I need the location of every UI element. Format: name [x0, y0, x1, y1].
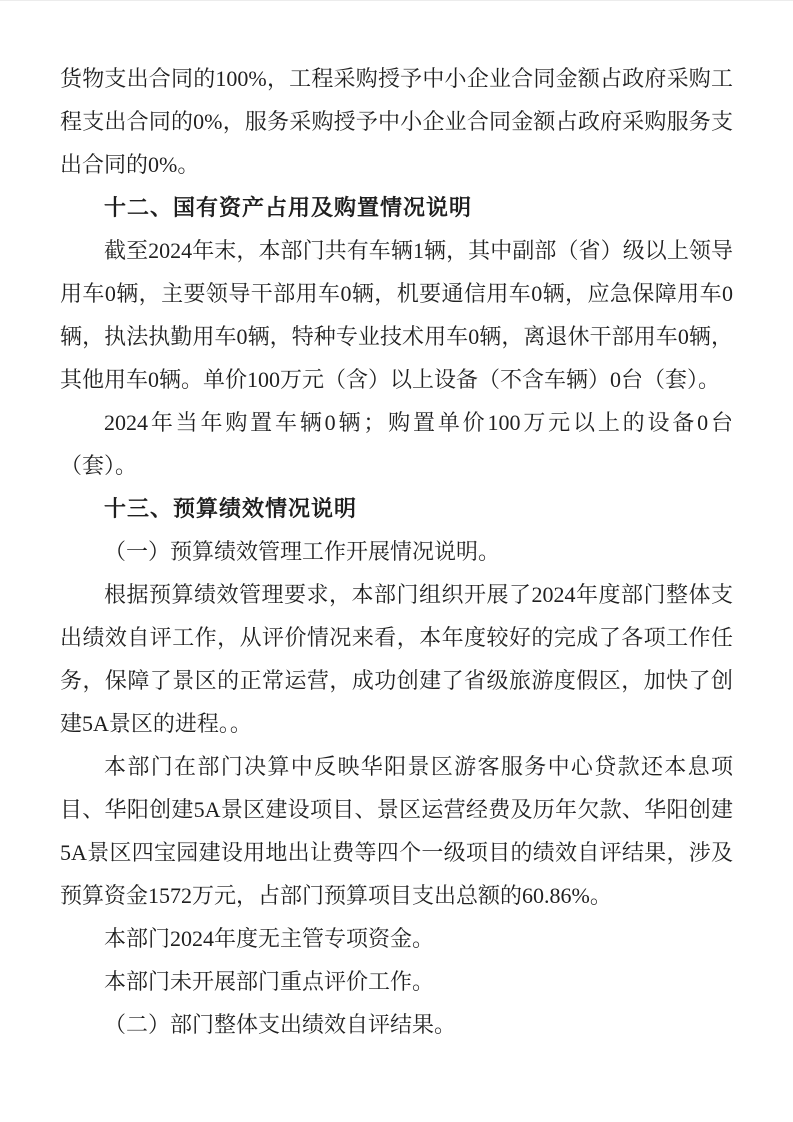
paragraph: 根据预算绩效管理要求，本部门组织开展了2024年度部门整体支出绩效自评工作，从评… — [60, 573, 733, 745]
section-heading: 十二、国有资产占用及购置情况说明 — [60, 186, 733, 229]
document-body: 货物支出合同的100%，工程采购授予中小企业合同金额占政府采购工程支出合同的0%… — [60, 57, 733, 1046]
paragraph: 货物支出合同的100%，工程采购授予中小企业合同金额占政府采购工程支出合同的0%… — [60, 57, 733, 186]
paragraph: （一）预算绩效管理工作开展情况说明。 — [60, 530, 733, 573]
document-page: 货物支出合同的100%，工程采购授予中小企业合同金额占政府采购工程支出合同的0%… — [0, 0, 793, 1122]
paragraph: 截至2024年末，本部门共有车辆1辆，其中副部（省）级以上领导用车0辆，主要领导… — [60, 229, 733, 401]
paragraph: （二）部门整体支出绩效自评结果。 — [60, 1003, 733, 1046]
section-heading: 十三、预算绩效情况说明 — [60, 487, 733, 530]
paragraph: 本部门未开展部门重点评价工作。 — [60, 960, 733, 1003]
paragraph: 本部门2024年度无主管专项资金。 — [60, 917, 733, 960]
paragraph: 本部门在部门决算中反映华阳景区游客服务中心贷款还本息项目、华阳创建5A景区建设项… — [60, 745, 733, 917]
paragraph: 2024年当年购置车辆0辆；购置单价100万元以上的设备0台（套）。 — [60, 401, 733, 487]
